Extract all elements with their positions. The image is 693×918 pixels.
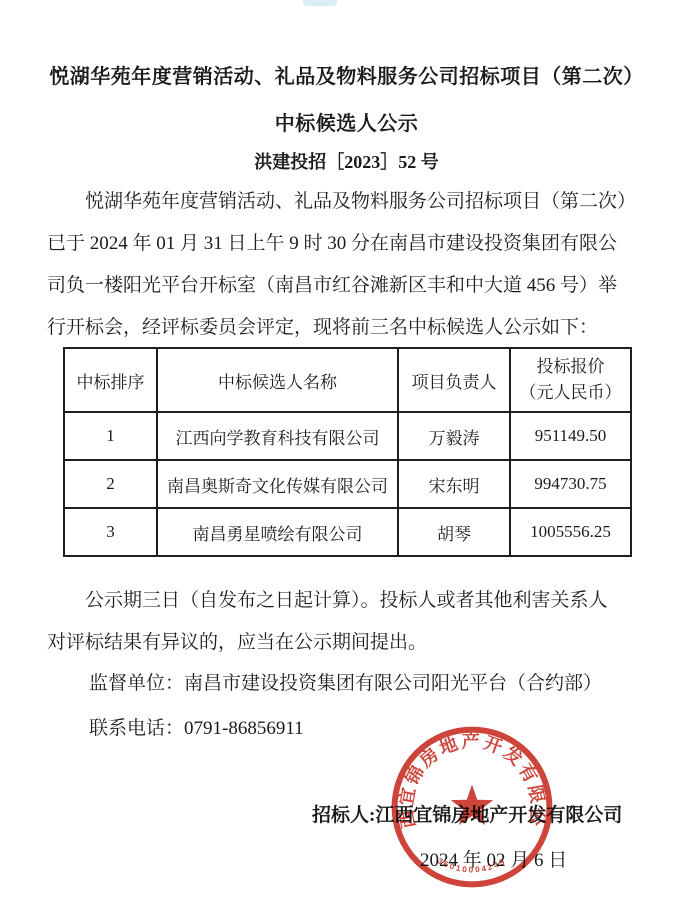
intro-line: 已于 2024 年 01 月 31 日上午 9 时 30 分在南昌市建设投资集团… [47, 223, 647, 265]
table-header-row: 中标排序 中标候选人名称 项目负责人 投标报价 （元人民币） [64, 348, 631, 412]
closing-paragraph: 公示期三日（自发布之日起计算）。投标人或者其他利害关系人 对评标结果有异议的，应… [47, 580, 647, 664]
scan-artifact [303, 0, 337, 6]
price-cell: 994730.75 [510, 460, 631, 508]
closing-line: 公示期三日（自发布之日起计算）。投标人或者其他利害关系人 [47, 580, 647, 622]
candidate-name-cell: 南昌奥斯奇文化传媒有限公司 [157, 460, 398, 508]
intro-line: 悦湖华苑年度营销活动、礼品及物料服务公司招标项目（第二次） [47, 181, 647, 223]
table-row: 2 南昌奥斯奇文化传媒有限公司 宋东明 994730.75 [64, 460, 631, 508]
table-row: 3 南昌勇星喷绘有限公司 胡琴 1005556.25 [64, 508, 631, 556]
rank-cell: 1 [64, 412, 157, 460]
header-bid-price: 投标报价 （元人民币） [510, 348, 631, 412]
manager-cell: 宋东明 [398, 460, 510, 508]
document-page: 悦湖华苑年度营销活动、礼品及物料服务公司招标项目（第二次） 中标候选人公示 洪建… [0, 0, 693, 918]
page-title-line2: 中标候选人公示 [0, 107, 693, 136]
rank-cell: 2 [64, 460, 157, 508]
candidate-name-cell: 江西向学教育科技有限公司 [157, 412, 398, 460]
candidate-name-cell: 南昌勇星喷绘有限公司 [157, 508, 398, 556]
bidder-line: 招标人:江西宜锦房地产开发有限公司 [312, 800, 622, 827]
header-project-manager: 项目负责人 [398, 348, 510, 412]
table-row: 1 江西向学教育科技有限公司 万毅涛 951149.50 [64, 412, 631, 460]
header-bid-price-line2: （元人民币） [513, 380, 628, 406]
manager-cell: 胡琴 [398, 508, 510, 556]
intro-line: 司负一楼阳光平台开标室（南昌市红谷滩新区丰和中大道 456 号）举 [47, 265, 647, 307]
date-line: 2024 年 02 月 6 日 [420, 845, 567, 872]
rank-cell: 3 [64, 508, 157, 556]
header-bid-price-line1: 投标报价 [513, 354, 628, 380]
bid-candidates-table: 中标排序 中标候选人名称 项目负责人 投标报价 （元人民币） 1 江西向学教育科… [63, 347, 632, 557]
manager-cell: 万毅涛 [398, 412, 510, 460]
closing-line: 对评标结果有异议的，应当在公示期间提出。 [47, 622, 647, 664]
intro-line: 行开标会，经评标委员会评定，现将前三名中标候选人公示如下： [47, 307, 647, 349]
supervisor-line: 监督单位：南昌市建设投资集团有限公司阳光平台（合约部） [89, 668, 602, 695]
header-rank: 中标排序 [64, 348, 157, 412]
price-cell: 951149.50 [510, 412, 631, 460]
page-title-line1: 悦湖华苑年度营销活动、礼品及物料服务公司招标项目（第二次） [0, 60, 693, 89]
doc-number: 洪建投招［2023］52 号 [0, 148, 693, 174]
intro-paragraph: 悦湖华苑年度营销活动、礼品及物料服务公司招标项目（第二次） 已于 2024 年 … [47, 181, 647, 349]
price-cell: 1005556.25 [510, 508, 631, 556]
header-candidate-name: 中标候选人名称 [157, 348, 398, 412]
phone-line: 联系电话：0791-86856911 [89, 713, 304, 740]
